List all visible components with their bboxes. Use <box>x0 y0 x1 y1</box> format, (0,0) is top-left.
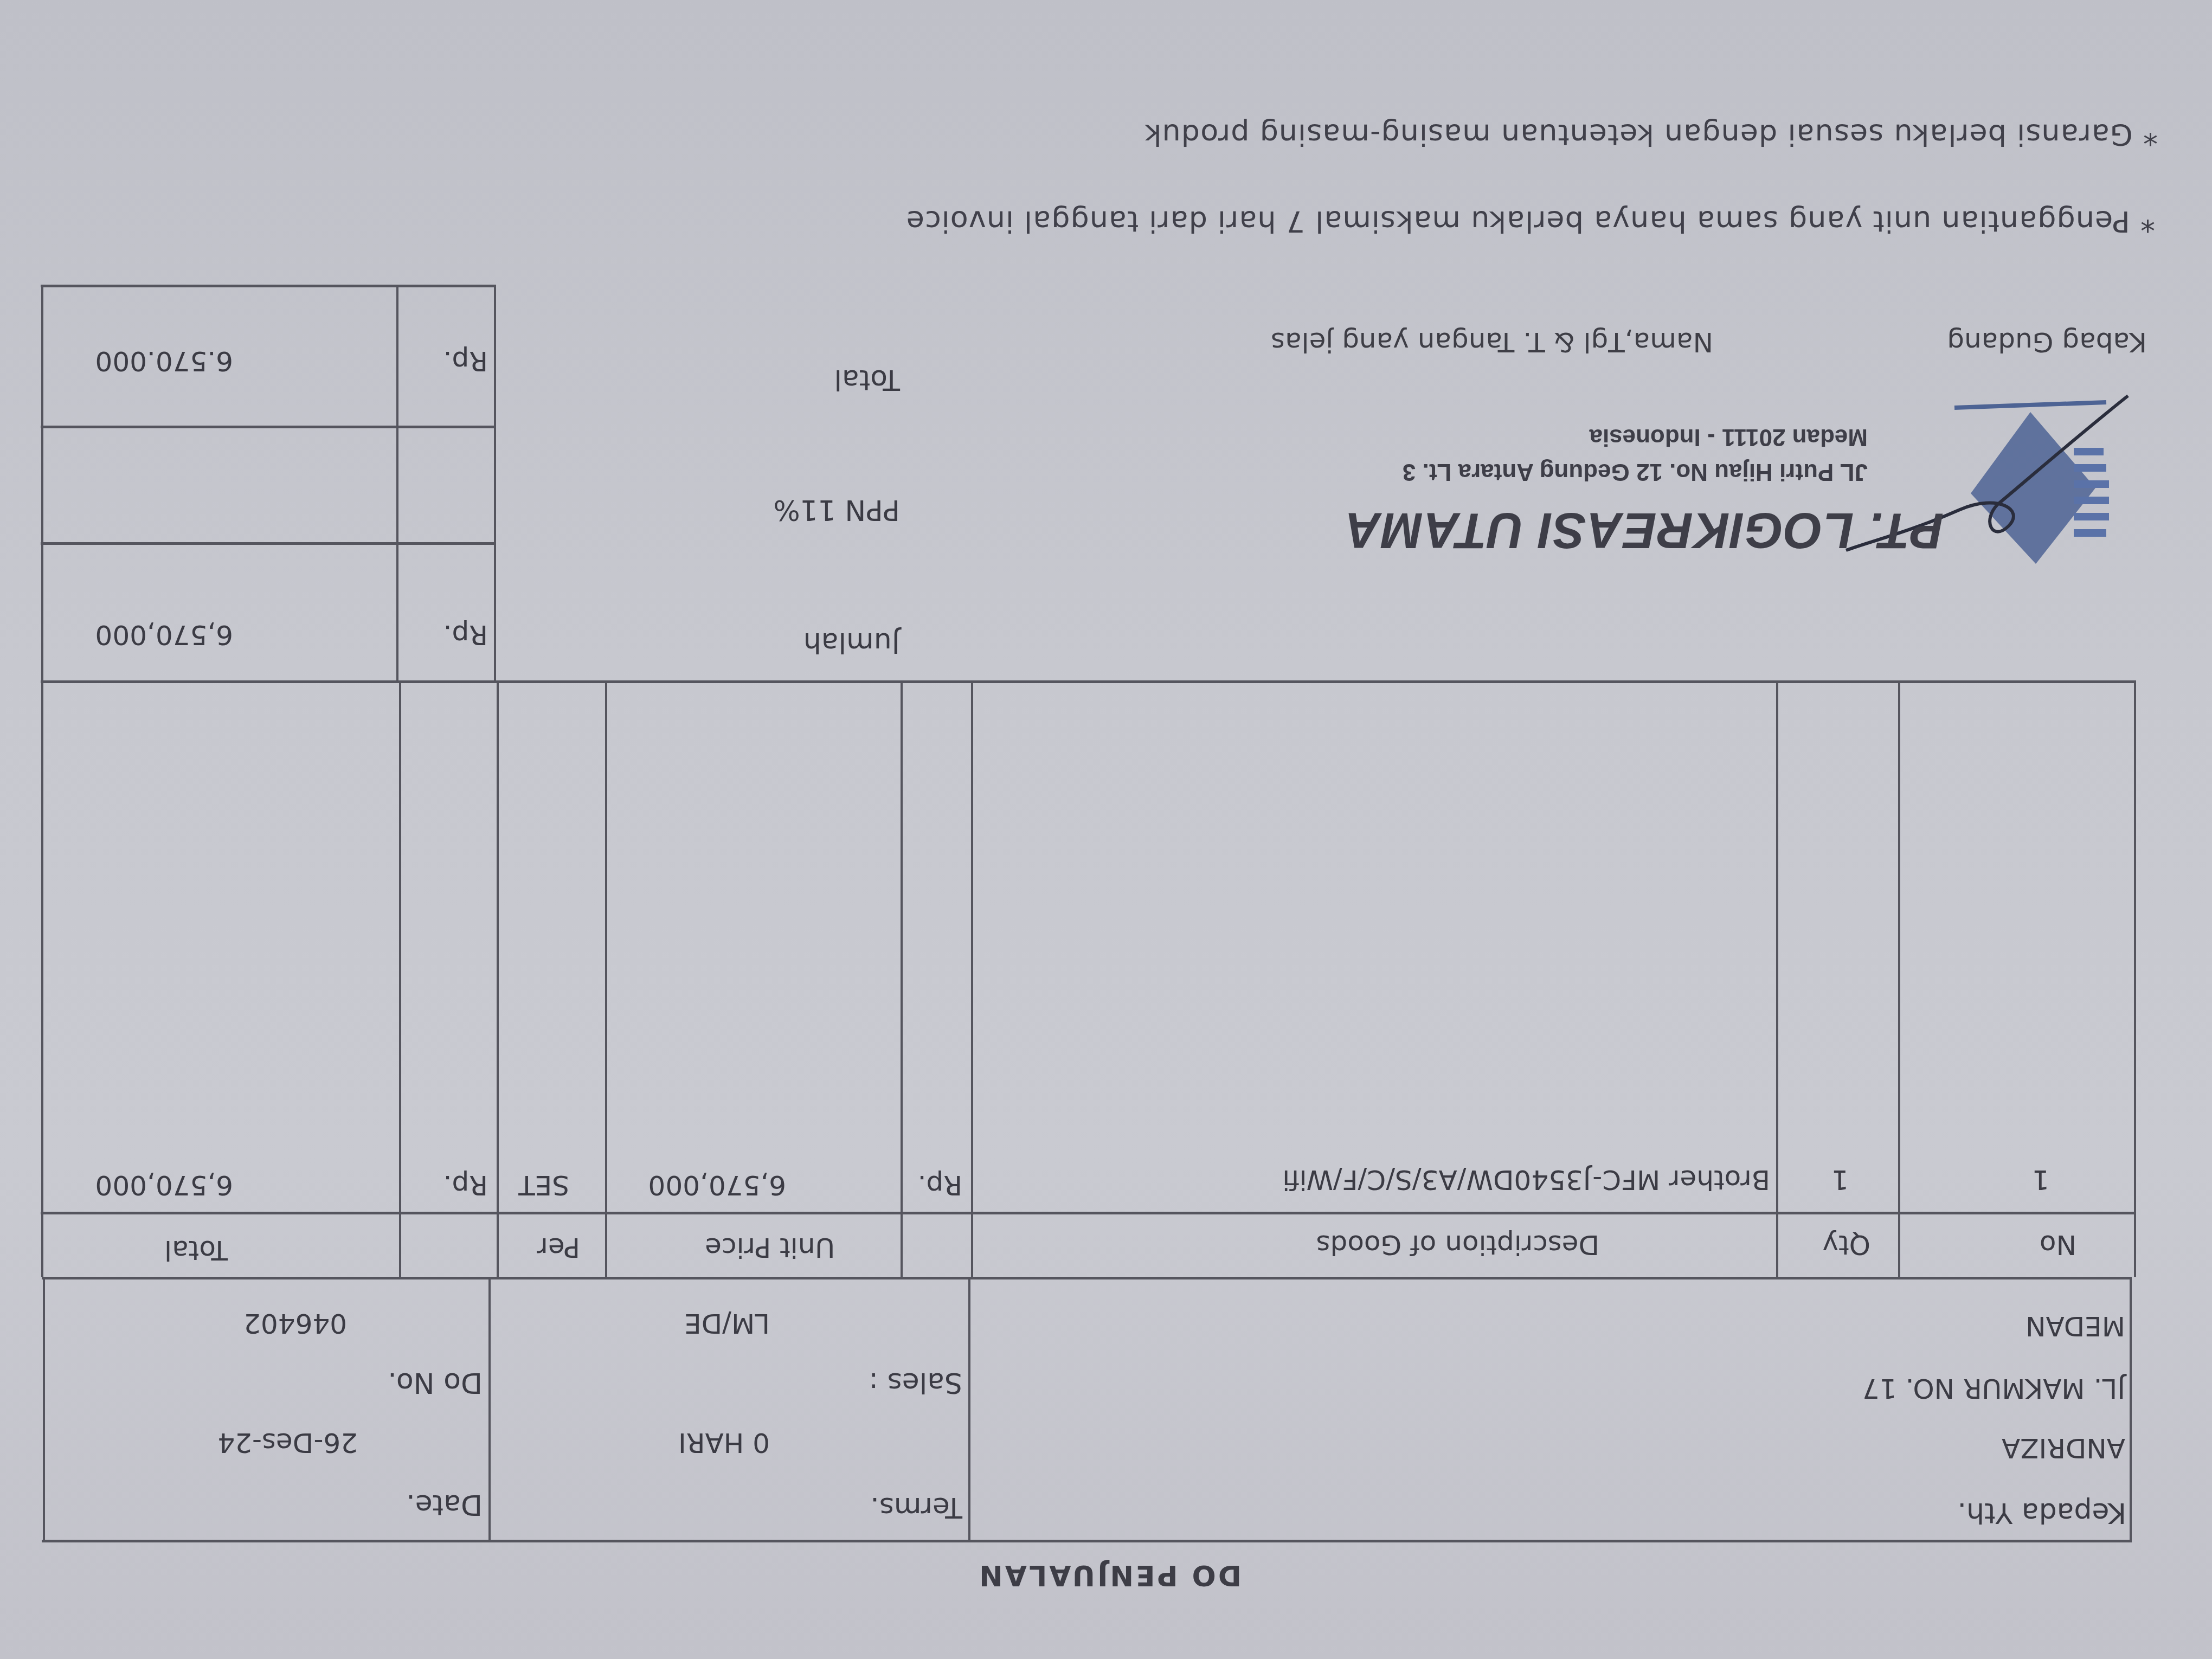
jumlah-value: 6,570,000 <box>95 619 233 651</box>
recipient-label: Kepada Yth. <box>1958 1496 2126 1529</box>
ppn-label: PPN 11% <box>773 493 900 526</box>
header-divider-1 <box>968 1277 970 1542</box>
col-border-price-per <box>605 680 607 1277</box>
col-border-right <box>41 680 43 1277</box>
col-header-total: Total <box>164 1234 228 1266</box>
col-border-no-qty <box>1898 680 1900 1277</box>
recipient-name: ANDRIZA <box>2002 1432 2125 1464</box>
header-left-border <box>2130 1277 2132 1542</box>
row-currency-unit: Rp. <box>918 1169 962 1201</box>
col-border-cur-price <box>901 680 903 1277</box>
col-border-desc-cur <box>971 680 973 1277</box>
note-warranty: * Garansi berlaku sesuai dengan ketentua… <box>1144 118 2158 152</box>
summary-bottom <box>41 285 496 287</box>
document-title: DO PENJUALAN <box>977 1559 1242 1591</box>
col-border-per-cur <box>497 680 499 1277</box>
col-header-unit-price: Unit Price <box>705 1232 835 1263</box>
row-per: SET <box>518 1169 569 1201</box>
total-value: 6.570.000 <box>95 345 233 377</box>
do-no-label: Do No. <box>388 1366 483 1399</box>
stamp-company-name: PT. LOGIKREASI UTAMA <box>1293 501 1944 558</box>
signature-label-receiver: Nama,Tgl & T. Tangan yang jelas <box>1271 326 1713 358</box>
signature-label-kabag-gudang: Kabag Gudang <box>1947 326 2147 358</box>
header-divider-2 <box>488 1277 491 1542</box>
delivery-order-page: DO PENJUALAN Kepada Yth. ANDRIZA JL. MAK… <box>0 0 2212 1659</box>
summary-border-right <box>41 285 43 683</box>
jumlah-currency: Rp. <box>443 619 488 651</box>
recipient-address: JL. MAKMUR NO. 17 <box>1862 1373 2125 1404</box>
header-right-border <box>43 1277 45 1542</box>
sales-label: Sales : <box>869 1366 962 1399</box>
col-header-no: No <box>2040 1229 2076 1261</box>
summary-line-2 <box>41 426 496 428</box>
row-unit-price: 6,570,000 <box>648 1169 786 1201</box>
total-currency: Rp. <box>443 345 488 377</box>
col-header-description: Description of Goods <box>1316 1229 1599 1261</box>
signature-scribble-icon <box>1835 374 2139 602</box>
terms-value: 0 HARI <box>678 1427 770 1458</box>
row-total: 6,570,000 <box>95 1169 233 1201</box>
header-bottom-border <box>42 1277 2132 1279</box>
date-label: Date. <box>406 1488 483 1521</box>
sales-value: LM/DE <box>684 1308 770 1339</box>
col-border-qty-desc <box>1776 680 1778 1277</box>
table-header-bottom <box>41 1212 2136 1214</box>
header-top-border <box>42 1540 2132 1542</box>
recipient-city: MEDAN <box>2025 1310 2125 1342</box>
summary-line-1 <box>41 542 496 545</box>
col-header-qty: Qty <box>1822 1229 1870 1261</box>
row-no: 1 <box>2032 1164 2049 1195</box>
table-bottom <box>41 680 2136 683</box>
row-currency-total: Rp. <box>443 1169 488 1201</box>
col-border-left <box>2134 680 2136 1277</box>
stamp-address-line1: JL Putri Hijau No. 12 Gedung Antara Lt. … <box>1271 458 1868 485</box>
row-description: Brother MFC-J3540DW/A3/S/C/F/Wifi <box>1282 1164 1770 1195</box>
total-label: Total <box>834 363 900 396</box>
stamp-address-line2: Medan 20111 - Indonesia <box>1271 423 1868 451</box>
col-header-per: Per <box>537 1232 580 1263</box>
summary-border-left <box>494 285 496 683</box>
row-qty: 1 <box>1831 1164 1849 1195</box>
note-replacement: * Penggantian unit yang sama hanya berla… <box>906 204 2155 239</box>
terms-label: Terms. <box>870 1491 962 1523</box>
col-border-cur-total <box>399 680 401 1277</box>
summary-border-mid <box>396 285 398 683</box>
jumlah-label: Jumlah <box>803 626 900 659</box>
do-no-value: 046402 <box>243 1308 347 1339</box>
date-value: 26-Des-24 <box>217 1427 358 1458</box>
